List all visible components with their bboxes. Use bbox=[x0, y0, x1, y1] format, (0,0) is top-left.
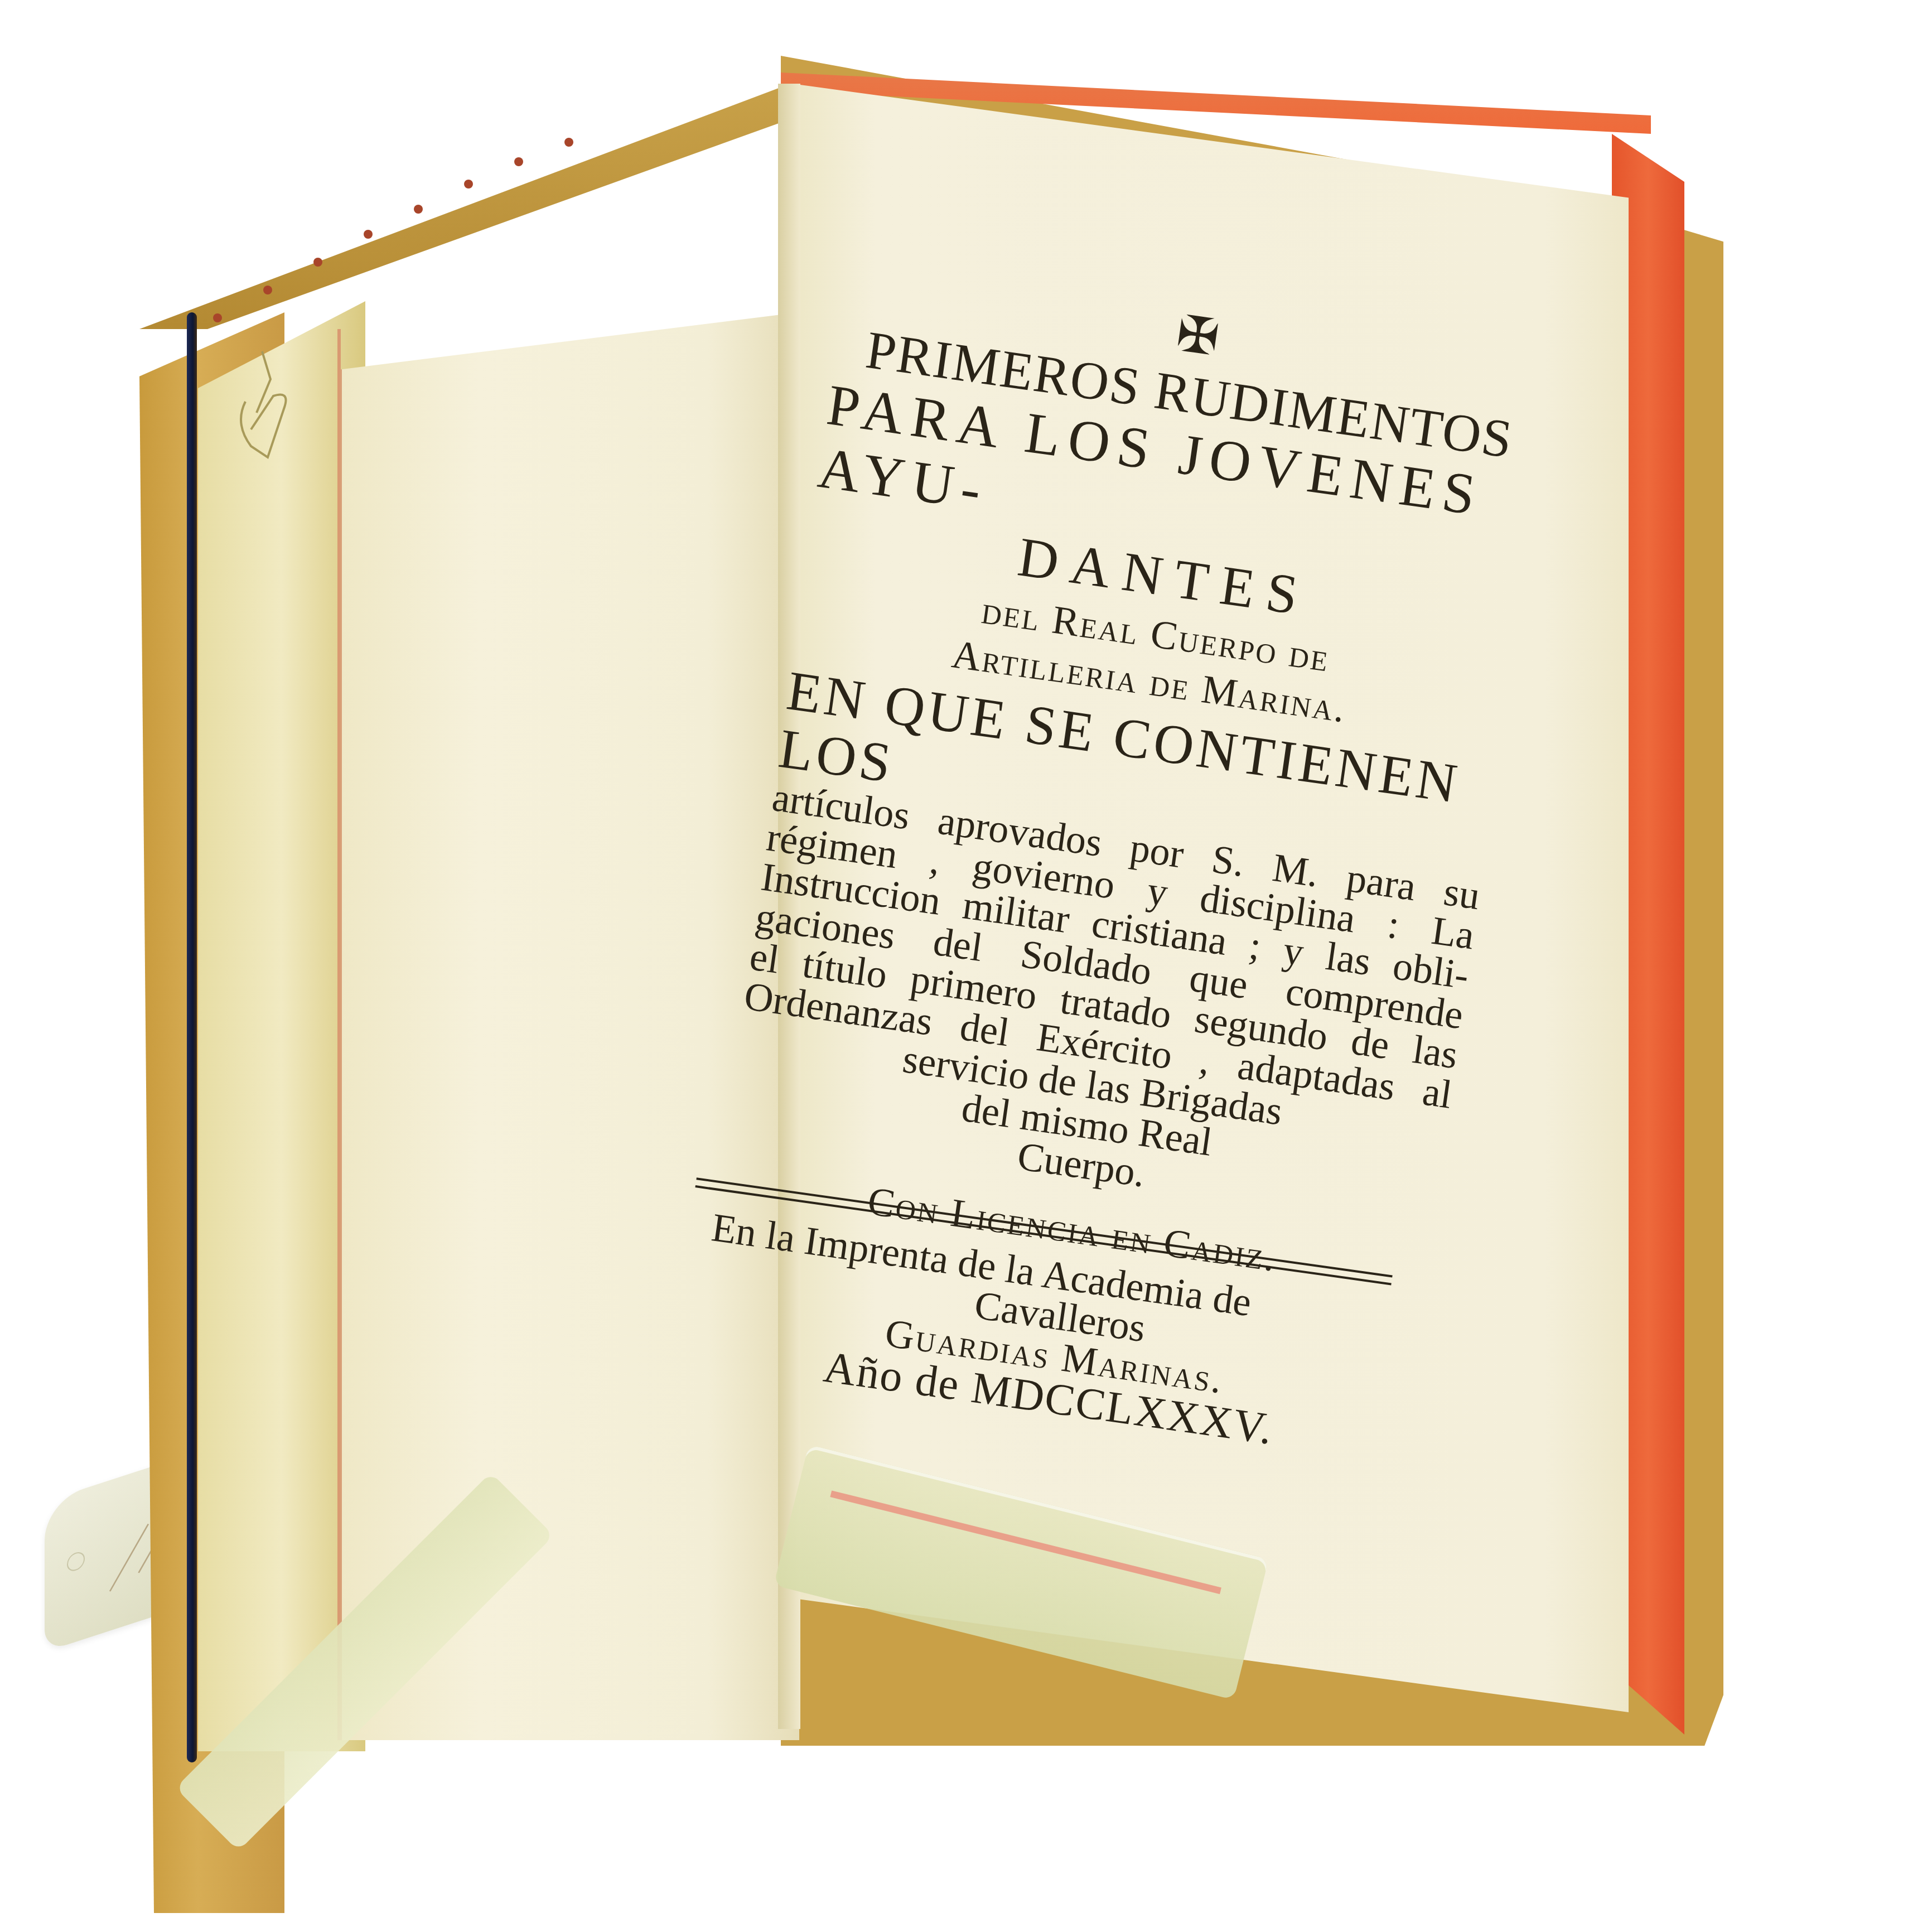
blank-verso-page bbox=[340, 312, 799, 1740]
ribbon-stripe bbox=[187, 312, 197, 1762]
headband-stitching bbox=[167, 112, 781, 335]
ruler-hole bbox=[67, 1550, 85, 1573]
monogram-icon bbox=[223, 346, 307, 474]
ruler-tick bbox=[109, 1524, 149, 1592]
